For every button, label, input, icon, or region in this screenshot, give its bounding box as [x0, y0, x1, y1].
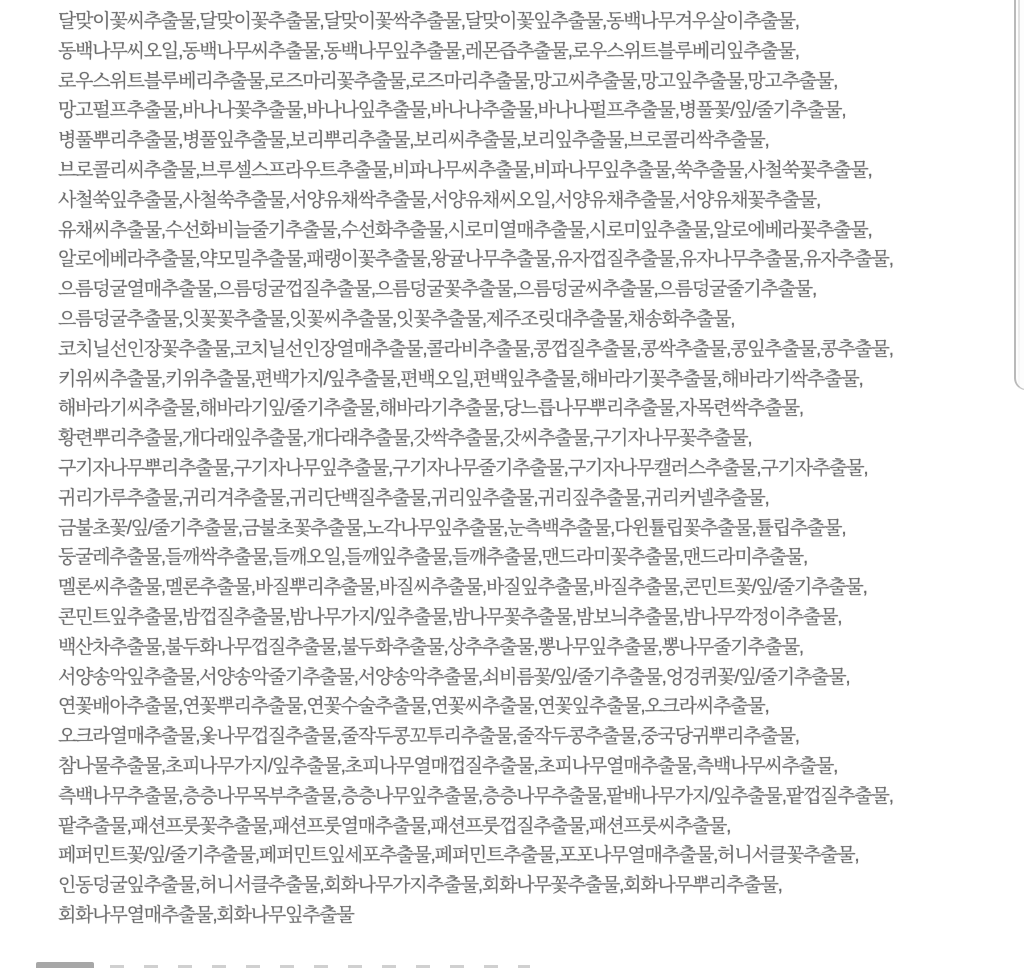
text-line: 서양송악잎추출물,서양송악줄기추출물,서양송악추출물,쇠비름꽃/잎/줄기추출물,… [58, 663, 1014, 693]
document-page: 달맞이꽃씨추출물,달맞이꽃추출물,달맞이꽃싹추출물,달맞이꽃잎추출물,동백나무겨… [0, 0, 1024, 968]
text-line: 멜론씨추출물,멜론추출물,바질뿌리추출물,바질씨추출물,바질잎추출물,바질추출물… [58, 573, 1014, 603]
text-line: 사철쑥잎추출물,사철쑥추출물,서양유채싹추출물,서양유채씨오일,서양유채추출물,… [58, 186, 1014, 216]
text-line: 둥굴레추출물,들깨싹추출물,들깨오일,들깨잎추출물,들깨추출물,맨드라미꽃추출물… [58, 543, 1014, 573]
text-line: 알로에베라추출물,약모밀추출물,패랭이꽃추출물,왕귤나무추출물,유자껍질추출물,… [58, 245, 1014, 275]
text-line: 달맞이꽃씨추출물,달맞이꽃추출물,달맞이꽃싹추출물,달맞이꽃잎추출물,동백나무겨… [58, 7, 1014, 37]
text-line: 망고펄프추출물,바나나꽃추출물,바나나잎추출물,바나나추출물,바나나펄프추출물,… [58, 96, 1014, 126]
text-line: 키위씨추출물,키위추출물,편백가지/잎추출물,편백오일,편백잎추출물,해바라기꽃… [58, 365, 1014, 395]
text-line: 콘민트잎추출물,밤껍질추출물,밤나무가지/잎추출물,밤나무꽃추출물,밤보늬추출물… [58, 603, 1014, 633]
text-line: 코치닐선인장꽃추출물,코치닐선인장열매추출물,콜라비추출물,콩껍질추출물,콩싹추… [58, 335, 1014, 365]
text-line: 오크라열매추출물,옻나무껍질추출물,줄작두콩꼬투리추출물,줄작두콩추출물,중국당… [58, 722, 1014, 752]
text-line: 브로콜리씨추출물,브루셀스프라우트추출물,비파나무씨추출물,비파나무잎추출물,쑥… [58, 156, 1014, 186]
text-line: 병풀뿌리추출물,병풀잎추출물,보리뿌리추출물,보리씨추출물,보리잎추출물,브로콜… [58, 126, 1014, 156]
cutoff-bottom-element [36, 962, 94, 968]
text-line: 회화나무열매추출물,회화나무잎추출물 [58, 901, 1014, 931]
text-line: 으름덩굴추출물,잇꽃꽃추출물,잇꽃씨추출물,잇꽃추출물,제주조릿대추출물,채송화… [58, 305, 1014, 335]
text-line: 페퍼민트꽃/잎/줄기추출물,페퍼민트잎세포추출물,페퍼민트추출물,포포나무열매추… [58, 841, 1014, 871]
text-line: 연꽃배아추출물,연꽃뿌리추출물,연꽃수술추출물,연꽃씨추출물,연꽃잎추출물,오크… [58, 692, 1014, 722]
text-line: 으름덩굴열매추출물,으름덩굴껍질추출물,으름덩굴꽃추출물,으름덩굴씨추출물,으름… [58, 275, 1014, 305]
text-line: 로우스위트블루베리추출물,로즈마리꽃추출물,로즈마리추출물,망고씨추출물,망고잎… [58, 67, 1014, 97]
text-line: 인동덩굴잎추출물,허니서클추출물,회화나무가지추출물,회화나무꽃추출물,회화나무… [58, 871, 1014, 901]
text-line: 구기자나무뿌리추출물,구기자나무잎추출물,구기자나무줄기추출물,구기자나무캘러스… [58, 454, 1014, 484]
text-line: 백산차추출물,불두화나무껍질추출물,불두화추출물,상추추출물,뽕나무잎추출물,뽕… [58, 633, 1014, 663]
text-line: 금불초꽃/잎/줄기추출물,금불초꽃추출물,노각나무잎추출물,눈측백추출물,다윈튤… [58, 514, 1014, 544]
text-line: 팥추출물,패션프룻꽃추출물,패션프룻열매추출물,패션프룻껍질추출물,패션프룻씨추… [58, 812, 1014, 842]
text-line: 귀리가루추출물,귀리겨추출물,귀리단백질추출물,귀리잎추출물,귀리짚추출물,귀리… [58, 484, 1014, 514]
text-line: 동백나무씨오일,동백나무씨추출물,동백나무잎추출물,레몬즙추출물,로우스위트블루… [58, 37, 1014, 67]
text-line: 황련뿌리추출물,개다래잎추출물,개다래추출물,갓싹추출물,갓씨추출물,구기자나무… [58, 424, 1014, 454]
text-line: 측백나무추출물,층층나무목부추출물,층층나무잎추출물,층층나무추출물,팥배나무가… [58, 782, 1014, 812]
extract-ingredient-list: 달맞이꽃씨추출물,달맞이꽃추출물,달맞이꽃싹추출물,달맞이꽃잎추출물,동백나무겨… [58, 7, 1014, 931]
text-line: 해바라기씨추출물,해바라기잎/줄기추출물,해바라기추출물,당느릅나무뿌리추출물,… [58, 394, 1014, 424]
scrollbar-thumb[interactable] [1014, 0, 1024, 390]
text-line: 유채씨추출물,수선화비늘줄기추출물,수선화추출물,시로미열매추출물,시로미잎추출… [58, 216, 1014, 246]
text-line: 참나물추출물,초피나무가지/잎추출물,초피나무열매껍질추출물,초피나무열매추출물… [58, 752, 1014, 782]
